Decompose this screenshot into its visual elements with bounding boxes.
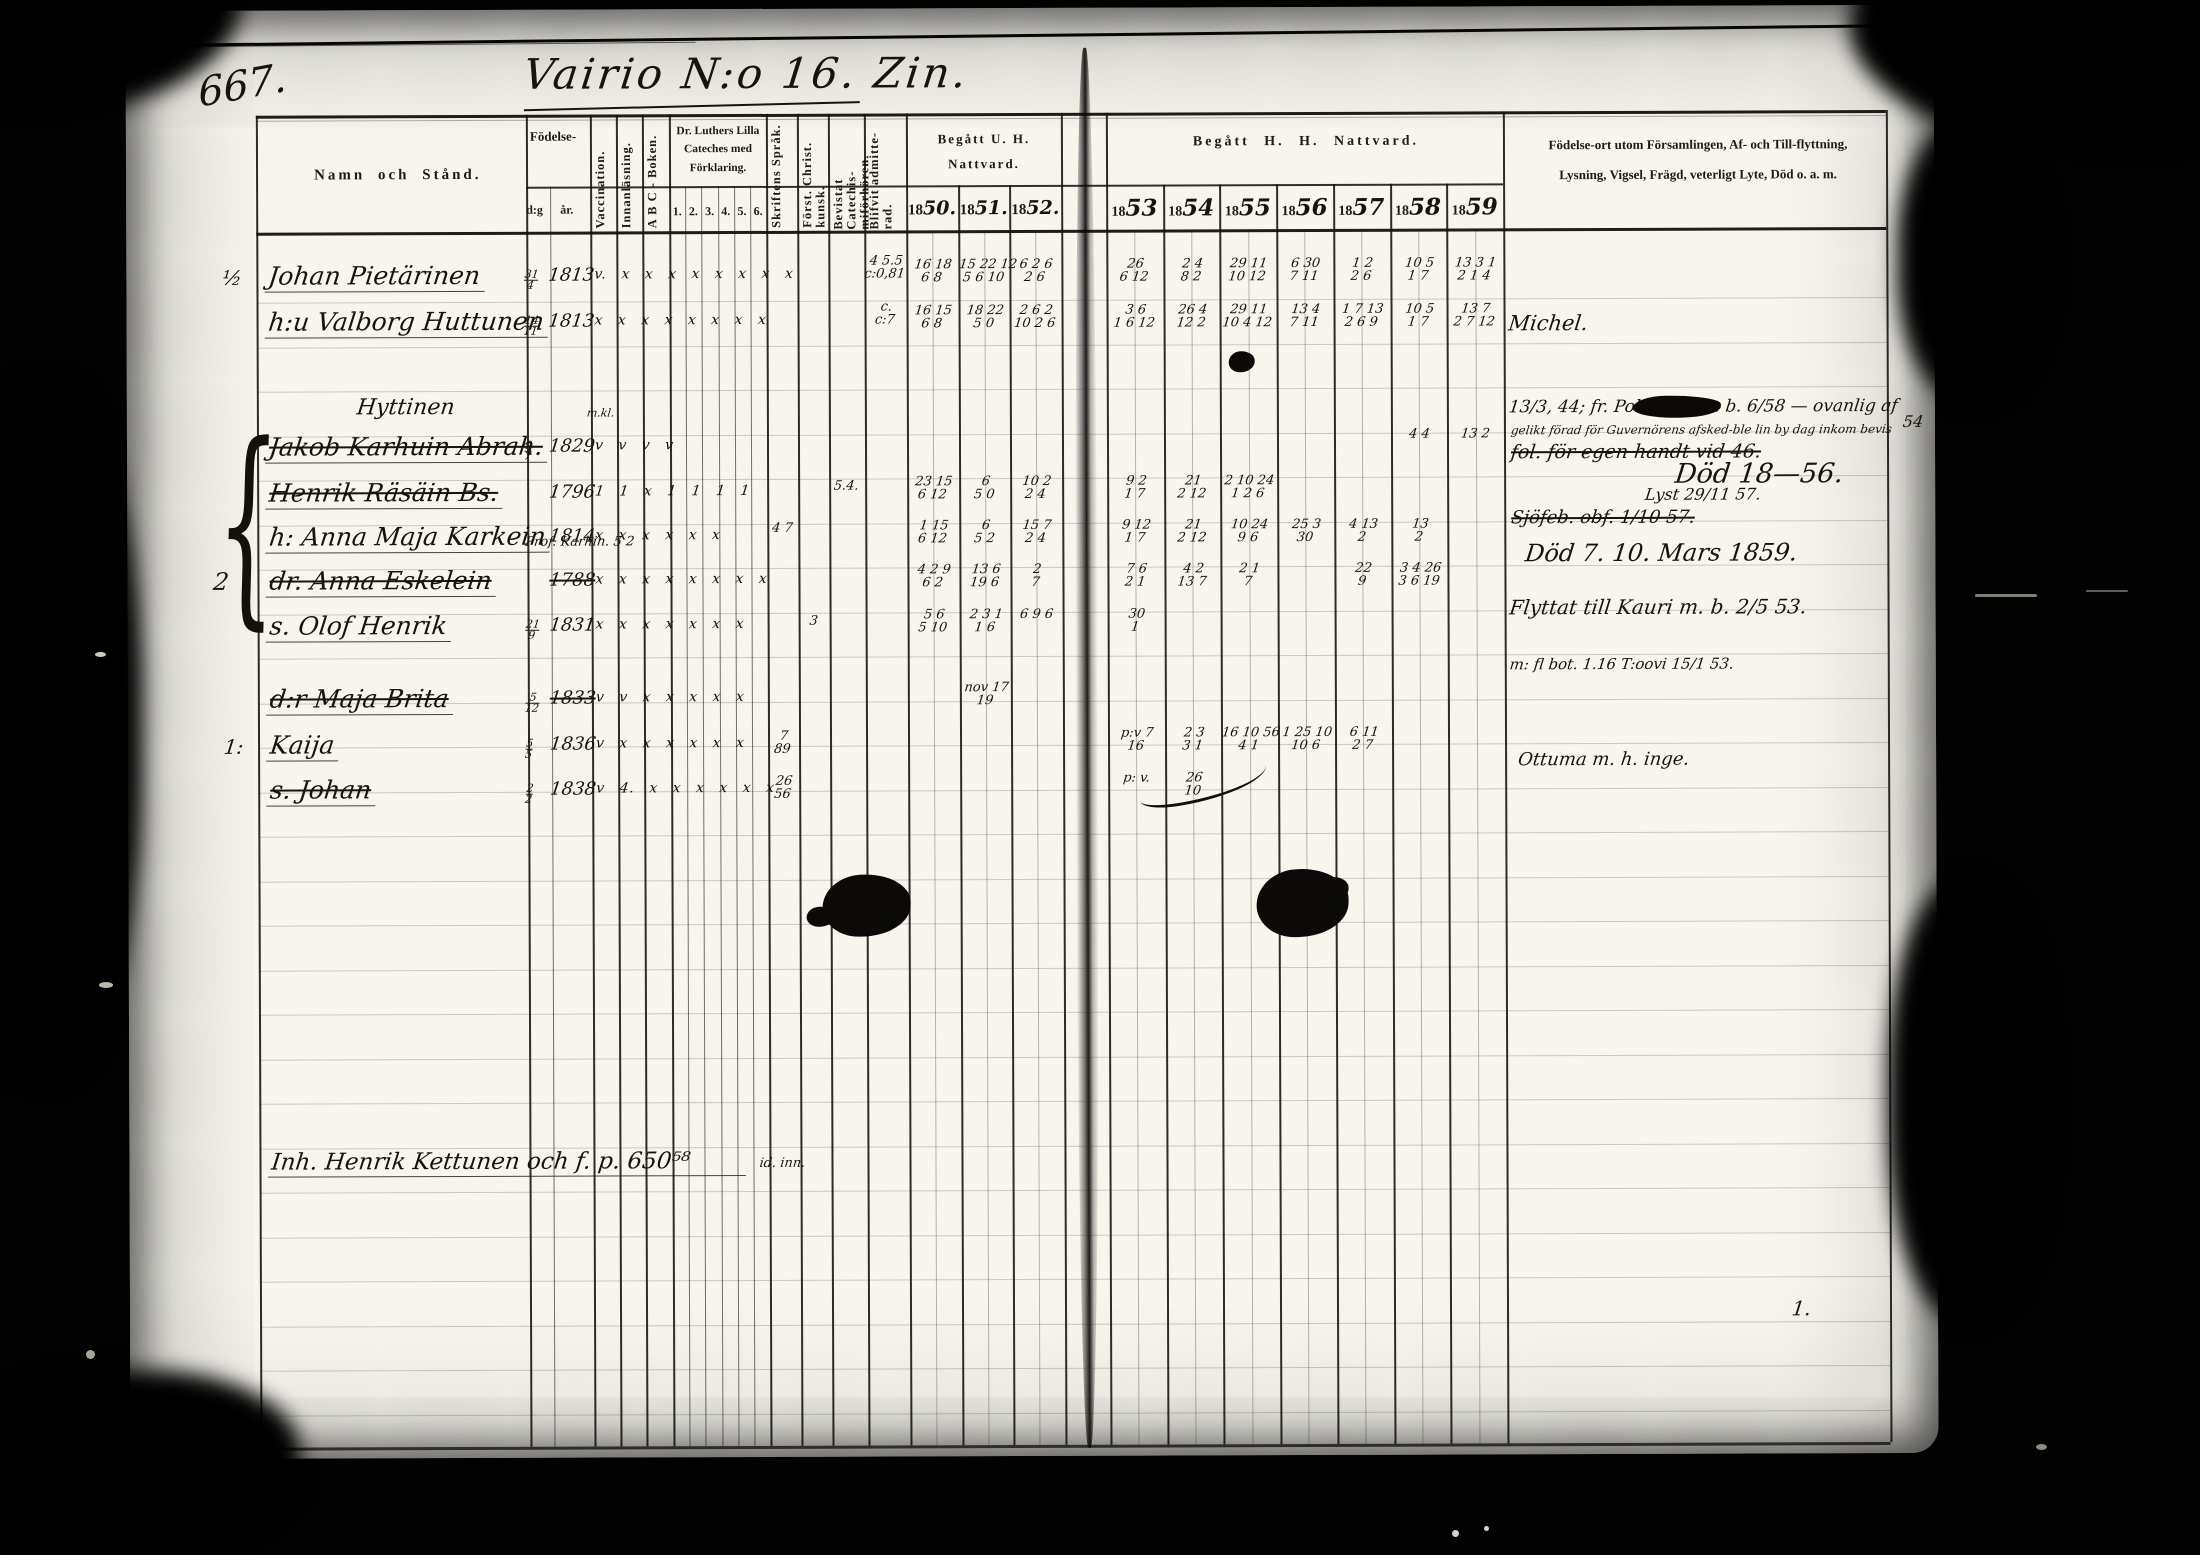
mark-line: 5 2 (958, 533, 1011, 546)
row-uh-mark: 16 156 8 (905, 305, 960, 330)
row-birth-date: 512 (524, 686, 541, 714)
mark-line: 5 0 (957, 489, 1010, 502)
col-header-innanlasning: Innanläsning. (620, 122, 642, 228)
row-birth-date: 22 (525, 777, 535, 805)
scanned-church-record: 667. Vairio N:o 16. Zin. Namn och Stånd.… (0, 0, 2200, 1555)
hh-year-hand: 58 (1409, 194, 1441, 221)
row-birth-year: 1836 (549, 734, 597, 755)
row-name: Kaija (266, 730, 342, 761)
mark-line: 7 (1009, 576, 1062, 589)
row-margin-mark: 1: (223, 735, 245, 759)
row-hh-mark: 10 51 7 (1388, 258, 1448, 283)
hh-year-line (1276, 184, 1282, 1444)
uh-year-line (1009, 185, 1015, 1445)
mark-line: 1 7 (1388, 270, 1446, 283)
col-header-cateches: Dr. Luthers Lilla Cateches med Förklarin… (671, 122, 765, 177)
col-header-fodelse: Födelse- (530, 129, 576, 145)
ruled-line (259, 1054, 1889, 1061)
table-row: ½Johan Pietärinen3141813v. x x x x x x x… (256, 254, 1886, 300)
mark-line: 1 (1106, 621, 1164, 634)
col-header-notes-line1: Födelse-ort utom Församlingen, Af- och T… (1512, 136, 1884, 153)
mark-line: 7 (1219, 576, 1277, 589)
row-uh-mark: 2 3 11 6 (958, 609, 1013, 634)
row-name: h:u Valborg Huttunen (265, 307, 552, 339)
row-hh-mark: 4 4 (1390, 429, 1448, 442)
row-uh-mark: 23 156 12 (906, 476, 961, 501)
mark-line: 1 2 6 (1219, 488, 1277, 501)
row-hh-mark: 2 17 (1219, 563, 1279, 588)
mark-line: 5 6 10 (957, 272, 1010, 285)
ruled-line (259, 876, 1889, 883)
ruled-line (260, 1365, 1890, 1372)
mark-line: 3 6 19 (1389, 575, 1447, 588)
header-rule-bottom (256, 227, 1886, 235)
mark-line: 6 8 (905, 272, 958, 285)
row-exam-marks: v 4. x x x x x x (595, 780, 776, 797)
row-uh-mark: 16 186 8 (905, 259, 960, 284)
table-row: h:u Valborg Huttunen14111813x x x x x x … (257, 300, 1887, 346)
row-exam-marks: v v x x x x x (595, 689, 746, 706)
hh-half-line (1135, 230, 1140, 1445)
mark-line: 19 6 (958, 577, 1011, 590)
mark-line: 30 (1276, 531, 1334, 544)
table-row: Inh. Henrik Kettunen och f. p. 650⁵⁸ (259, 1142, 1889, 1188)
record-table: Namn och Stånd. Födelse- d:g år. Vaccina… (256, 110, 1895, 1453)
annotation-n_lyst: Lyst 29/11 57. (1644, 484, 1762, 503)
hh-year-print: 18 (1338, 204, 1352, 219)
ruled-line (258, 831, 1888, 838)
mark-line: c:0,81 (863, 268, 906, 281)
ruled-line (260, 1410, 1890, 1417)
mark-line: 2 7 (1333, 739, 1391, 752)
mark-line: 12 2 (1162, 317, 1220, 330)
row-hh-mark: 4 213 7 (1163, 563, 1223, 588)
annotation-n_sjofeb: Sjöfeb. obf. 1/10 57. (1510, 507, 1696, 529)
uh-half-line (932, 230, 937, 1445)
annotation-footer_tail: id. inn. (759, 1156, 807, 1171)
mark-line: 1 6 12 (1105, 317, 1163, 330)
row-hh-mark: 29 1110 4 12 (1218, 304, 1278, 329)
ruled-line (260, 1321, 1890, 1328)
uh-year-hand: 51. (975, 197, 1008, 219)
uh-year-label: 1852. (1010, 197, 1062, 219)
uh-year-label: 1851. (958, 197, 1010, 219)
hh-half-line (1475, 228, 1480, 1443)
uh-year-label: 1850. (906, 197, 958, 219)
annotation-n_ottuma: Ottuma m. h. inge. (1517, 749, 1691, 771)
row-hh-mark: 6 307 11 (1275, 258, 1335, 283)
annotation-vacc_small: m.kl. (586, 406, 615, 419)
uh-half-line (1035, 230, 1040, 1445)
mark-line: 1 7 (1106, 532, 1164, 545)
hh-year-hand: 57 (1352, 194, 1384, 221)
col-subheader-ar: år. (560, 203, 573, 218)
mark-line: 5 0 (957, 318, 1010, 331)
mark-line: 7 11 (1275, 270, 1333, 283)
page-title: Vairio N:o 16. Zin. (521, 48, 972, 99)
cateches-subheader: 1. (669, 204, 685, 219)
row-uh-mark: 10 22 4 (1009, 476, 1064, 501)
row-birth-year: 1829 (548, 436, 596, 457)
table-rule-bottom (260, 1442, 1890, 1450)
mark-line: 5.4. (828, 481, 863, 494)
mark-line: 2 1 4 (1445, 270, 1503, 283)
hh-year-label: 1857 (1333, 194, 1390, 221)
mark-line: 3 (798, 616, 829, 629)
hh-year-line (1390, 184, 1396, 1444)
uh-half-line (984, 230, 989, 1445)
hh-half-line (1418, 229, 1423, 1444)
uh-year-hand: 52. (1026, 197, 1059, 219)
row-name: Jakob Karhuin Abrah. (265, 432, 551, 464)
row-uh-mark: 6 2 62 6 (1008, 259, 1063, 284)
row-name: s. Johan (266, 775, 379, 806)
row-hh-mark: 25 330 (1276, 519, 1336, 544)
row-hh-mark: 26 412 2 (1162, 304, 1222, 329)
row-hh-mark: 10 51 7 (1389, 304, 1449, 329)
hh-year-label: 1853 (1106, 195, 1163, 222)
mark-line: 2 12 (1162, 488, 1220, 501)
column-line-dag-ar (550, 187, 555, 1447)
ruled-line (257, 386, 1887, 393)
row-uh-mark: 1 156 12 (906, 520, 961, 545)
mark-line: 2 (1389, 531, 1447, 544)
row-birth-year: 1796 (548, 482, 596, 503)
birth-fraction: 22 (525, 784, 535, 805)
col-header-notes-line2: Lysning, Vigsel, Frägd, veterligt Lyte, … (1512, 166, 1884, 183)
row-bevistat-mark: 5.4. (828, 481, 863, 494)
mark-line: 2 6 (1332, 270, 1390, 283)
margin-speck (86, 1350, 95, 1359)
col-header-bevistat: Bevistat Catechis- miförhören. (832, 120, 862, 230)
row-name: d:r Maja Brita (266, 684, 456, 716)
cateches-subline (734, 186, 739, 1446)
mark-line: 5 10 (906, 622, 959, 635)
col-header-blifvit: Blifvit admitte- rad. (868, 119, 904, 229)
margin-speck (95, 652, 106, 657)
mark-line: 1 6 (958, 622, 1011, 635)
ruled-line (260, 1187, 1890, 1194)
hh-half-line (1305, 229, 1310, 1444)
annotation-n_polis2: gelikt förad för Guvernörens afsked-ble … (1510, 422, 1893, 437)
cateches-subline (750, 186, 755, 1446)
hh-year-print: 18 (1168, 204, 1182, 219)
row-name: h: Anna Maja Karkein (265, 522, 553, 554)
row-hh-mark: 10 249 6 (1219, 519, 1279, 544)
mark-line: 6 9 6 (1010, 609, 1063, 622)
annotation-hyttinen: Hyttinen (355, 395, 456, 420)
ruled-line (259, 965, 1889, 972)
row-hh-mark: 3 4 263 6 19 (1389, 563, 1449, 588)
row-hh-mark: 2 48 2 (1162, 258, 1222, 283)
row-uh-mark: 18 225 0 (957, 305, 1012, 330)
row-birth-year: 1838 (549, 779, 597, 800)
row-forst-mark: 3 (798, 616, 829, 629)
ruled-line (260, 1276, 1890, 1283)
row-birth-year: 1833 (549, 688, 597, 709)
mark-line: 13 2 (1446, 428, 1504, 441)
ruled-line (259, 1098, 1889, 1105)
row-name: Henrik Räsäin Bs. (265, 478, 506, 510)
row-hh-mark: 3 61 6 12 (1105, 305, 1165, 330)
birth-fraction: 1411 (523, 316, 540, 337)
row-uh-mark: 27 (1009, 564, 1064, 589)
hh-year-line (1163, 185, 1169, 1445)
row-hh-mark: 132 (1389, 519, 1449, 544)
row-uh-mark: 15 72 4 (1009, 520, 1064, 545)
ruled-line (259, 1009, 1889, 1016)
mark-line: 9 6 (1219, 532, 1277, 545)
row-hh-mark: 2 10 241 2 6 (1219, 475, 1279, 500)
mark-line: 6 2 (906, 577, 959, 590)
mark-line: 4 7 (767, 523, 798, 536)
hh-year-print: 18 (1111, 205, 1125, 220)
mark-line: 10 12 (1218, 271, 1276, 284)
row-birth-year: 1831 (548, 615, 596, 636)
col-header-uh-nattvard: Begått U. H. Nattvard. (911, 127, 1057, 177)
hh-year-hand: 56 (1296, 194, 1328, 221)
mark-line: 10 6 (1277, 739, 1335, 752)
mark-line: 56 (767, 788, 798, 801)
scan-edge-right-upper (1898, 120, 2048, 400)
row-hh-mark: 13 72 7 12 (1445, 303, 1505, 328)
mark-line: 2 (1333, 531, 1391, 544)
cateches-subline (701, 186, 706, 1446)
mark-line: 8 2 (1162, 271, 1220, 284)
mark-line: 6 8 (905, 318, 958, 331)
birth-fraction: 55 (524, 739, 534, 760)
ruled-line (260, 1232, 1890, 1239)
page-number: 667. (197, 55, 288, 117)
col-header-skriftens: Skriftens Språk. (770, 122, 796, 228)
row-hh-mark: 1 22 6 (1332, 258, 1392, 283)
row-uh-mark: 13 619 6 (958, 564, 1013, 589)
mark-line: 10 2 6 (1008, 317, 1061, 330)
cateches-subheader: 5. (734, 204, 750, 219)
row-uh-mark: 65 2 (958, 520, 1013, 545)
row-hh-mark: 6 112 7 (1333, 727, 1393, 752)
hh-year-hand: 59 (1466, 193, 1498, 220)
mark-line: 6 12 (1105, 271, 1163, 284)
mark-line: 9 (1333, 575, 1391, 588)
row-hh-mark: 13 3 12 1 4 (1445, 257, 1505, 282)
margin-scratch (2086, 590, 2128, 592)
row-admit-mark: c.c:7 (863, 301, 908, 326)
row-uh-mark: 5 65 10 (906, 609, 961, 634)
row-hh-mark: 16 10 564 1 (1220, 727, 1280, 752)
row-uh-mark: 15 22 125 6 10 (957, 259, 1012, 284)
hh-year-label: 1856 (1276, 194, 1333, 221)
hh-half-line (1361, 229, 1366, 1444)
margin-speck (1484, 1526, 1489, 1531)
row-birth-year: 1788 (548, 570, 596, 591)
cateches-subline (718, 186, 723, 1446)
mark-line: 6 12 (906, 489, 959, 502)
mark-line: 6 12 (906, 533, 959, 546)
mark-line: 89 (767, 743, 798, 756)
row-skrift-mark: 789 (767, 731, 800, 756)
col-header-abc-boken: A B C - Boken. (646, 122, 668, 228)
col-subheader-dag: d:g (526, 203, 543, 218)
annotation-n_dod59: Död 7. 10. Mars 1859. (1524, 538, 1799, 567)
row-hh-mark: 1 7 132 6 9 (1332, 304, 1392, 329)
hh-year-print: 18 (1282, 204, 1296, 219)
hh-year-line (1333, 184, 1339, 1444)
row-hh-mark: 2 33 1 (1163, 727, 1223, 752)
mark-line: 2 6 (1008, 271, 1061, 284)
mark-line: 2 7 12 (1445, 316, 1503, 329)
row-uh-mark: 4 2 96 2 (906, 564, 961, 589)
cateches-subline (685, 186, 690, 1446)
mark-line: 10 4 12 (1218, 317, 1276, 330)
row-birth-date: 55 (524, 732, 534, 760)
row-exam-marks: v. x x x x x x x x (593, 266, 794, 283)
annotation-prof_line: Prof. Karhin. 5 2 (524, 534, 635, 549)
cateches-subheader: 4. (718, 204, 734, 219)
margin-speck (2036, 1444, 2047, 1450)
row-hh-mark: 7 62 1 (1106, 564, 1166, 589)
row-hh-mark: 266 12 (1105, 259, 1165, 284)
mark-line: 2 4 (1009, 488, 1062, 501)
row-hh-mark: 229 (1333, 563, 1393, 588)
col-header-forst-christ: Först. Christ. kunsk. (801, 122, 827, 228)
cateches-subheader: 2. (685, 204, 701, 219)
row-name: dr. Anna Eskelein (266, 566, 500, 598)
row-birth-year: 1813 (547, 311, 595, 332)
mark-line: 2 6 9 (1332, 316, 1390, 329)
scan-edge-left-mid (0, 380, 140, 1080)
row-exam-marks: x x x x x x x (595, 616, 746, 633)
col-header-namn: Namn och Stånd. (314, 167, 482, 185)
row-uh-mark: 2 6 210 2 6 (1008, 305, 1063, 330)
title-underline (524, 101, 860, 111)
hh-year-print: 18 (1225, 204, 1239, 219)
hh-year-hand: 54 (1182, 194, 1214, 221)
row-exam-marks: v v v v (594, 437, 675, 453)
row-uh-mark: 6 9 6 (1010, 609, 1063, 622)
row-skrift-mark: 2656 (767, 776, 800, 801)
mark-line: 2 4 (1009, 532, 1062, 545)
hh-year-label: 1855 (1220, 194, 1277, 221)
hh-year-label: 1858 (1390, 194, 1447, 221)
row-hh-mark: 212 12 (1162, 519, 1222, 544)
hh-year-print: 18 (1452, 203, 1466, 218)
mark-line: 1 7 (1389, 316, 1447, 329)
margin-scratch (1975, 594, 2037, 597)
cateches-subheader: 6. (750, 204, 766, 219)
hh-half-line (1248, 229, 1253, 1444)
margin-speck (1452, 1530, 1459, 1537)
row-hh-mark: 301 (1106, 609, 1166, 634)
row-birth-date: 314 (523, 263, 540, 291)
hh-year-line (1219, 184, 1225, 1444)
table-row: d:r Maja Brita5121833v v x x x x xnov 17… (258, 677, 1888, 723)
row-name: s. Olof Henrik (266, 611, 455, 643)
uh-year-print: 18 (1011, 202, 1026, 218)
row-name: Johan Pietärinen (265, 261, 488, 293)
row-hh-mark: 13 2 (1446, 428, 1504, 441)
hh-year-line (1446, 184, 1452, 1444)
ruled-line (259, 920, 1889, 927)
mark-line: 1 7 (1106, 488, 1164, 501)
hh-year-print: 18 (1395, 204, 1409, 219)
row-margin-mark: ½ (221, 266, 243, 290)
uh-year-hand: 50. (923, 197, 956, 219)
col-header-hh-nattvard: Begått H. H. Nattvard. (1110, 133, 1502, 150)
birth-fraction: 219 (524, 620, 541, 641)
row-hh-mark: 29 1110 12 (1218, 258, 1278, 283)
row-exam-marks: 1 1 x 1 1 1 1 (594, 483, 751, 500)
mark-line: 16 (1107, 740, 1165, 753)
row-exam-marks: x x x x x x x x (594, 312, 768, 329)
mark-line: 2 12 (1162, 532, 1220, 545)
hh-year-label: 1859 (1446, 193, 1503, 220)
uh-year-print: 18 (908, 202, 923, 218)
hh-year-label: 1854 (1163, 194, 1220, 221)
mark-line: 13 7 (1163, 576, 1221, 589)
row-exam-marks: x x x x x x x x (595, 571, 769, 588)
row-admit-mark: 4 5.5c:0,81 (863, 255, 908, 280)
row-uh-mark: 65 0 (957, 476, 1012, 501)
row-birth-date: 219 (524, 613, 541, 641)
uh-year-line (958, 185, 964, 1445)
mark-line: 4 4 (1390, 429, 1448, 442)
mark-line: 4 1 (1220, 740, 1278, 753)
row-hh-mark: 4 132 (1333, 519, 1393, 544)
table-row: s. Johan221838v 4. x x x x x x2656p: v.2… (258, 768, 1888, 814)
row-hh-mark: 9 21 7 (1106, 476, 1166, 501)
mark-line: 3 1 (1163, 740, 1221, 753)
margin-speck (99, 982, 113, 988)
annotation-n_54: 54 (1902, 412, 1925, 431)
birth-fraction: 314 (523, 270, 540, 291)
row-uh-mark: nov 1719 (958, 682, 1013, 707)
col-header-vaccination: Vaccination. (594, 122, 616, 228)
mark-line: 2 1 (1106, 576, 1164, 589)
mark-line: c:7 (863, 314, 906, 327)
scan-edge-right-lower (1888, 880, 2048, 1320)
scan-edge-bottom-left (0, 1370, 300, 1550)
row-hh-mark: 212 12 (1162, 475, 1222, 500)
mark-line: 19 (958, 695, 1011, 708)
mark-line: 7 11 (1275, 316, 1333, 329)
row-hh-mark: p:v 716 (1107, 728, 1167, 753)
row-name: Inh. Henrik Kettunen och f. p. 650⁵⁸ (268, 1148, 749, 1178)
hh-half-line (1191, 229, 1196, 1444)
margin-brace: { (214, 416, 282, 631)
header-subrule (526, 183, 1503, 188)
row-birth-year: 1813 (547, 265, 595, 286)
uh-year-print: 18 (960, 202, 975, 218)
row-hh-mark: 9 121 7 (1106, 520, 1166, 545)
book-page: 667. Vairio N:o 16. Zin. Namn och Stånd.… (125, 5, 1938, 1459)
hh-year-hand: 55 (1239, 194, 1271, 221)
annotation-n_michel: Michel. (1507, 311, 1589, 335)
row-hh-mark: 1 25 1010 6 (1277, 727, 1337, 752)
row-skrift-mark: 4 7 (767, 523, 798, 536)
annotation-n_flyttat: Flyttat till Kauri m. b. 2/5 53. (1508, 594, 1808, 619)
row-hh-mark: 13 47 11 (1275, 304, 1335, 329)
cateches-subheader: 3. (701, 204, 717, 219)
row-exam-marks: v x x x x x x (595, 735, 746, 752)
annotation-corner_one: 1. (1791, 1296, 1813, 1320)
birth-fraction: 512 (524, 693, 541, 714)
annotation-n_mfl: m: fl bot. 1.16 T:oovi 15/1 53. (1509, 655, 1735, 674)
hh-year-hand: 53 (1125, 195, 1157, 222)
